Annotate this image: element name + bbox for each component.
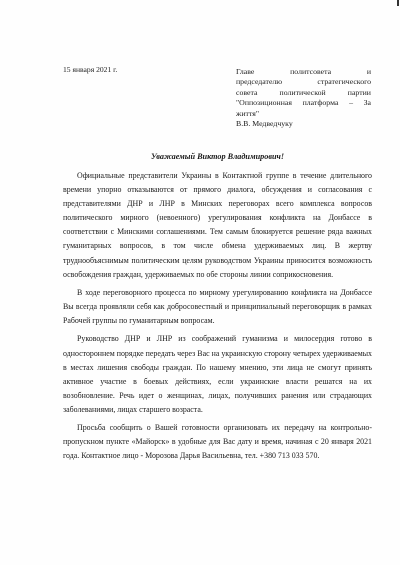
scan-edge-mark — [397, 0, 399, 6]
paragraph: Руководство ДНР и ЛНР из соображений гум… — [63, 332, 372, 417]
paragraph: Просьба сообщить о Вашей готовности орга… — [63, 421, 372, 463]
letter-body: Официальные представители Украины в Конт… — [63, 169, 372, 468]
addressee-line: "Оппозиционная платформа – За — [236, 98, 371, 108]
letter-page: 15 января 2021 г. Главе политсовета и пр… — [0, 0, 400, 565]
letter-date: 15 января 2021 г. — [63, 65, 117, 75]
paragraph: В ходе переговорного процесса по мирному… — [63, 286, 372, 328]
addressee-block: Главе политсовета и председателю стратег… — [236, 67, 371, 129]
paragraph: Официальные представители Украины в Конт… — [63, 169, 372, 282]
addressee-line: совета политической партии — [236, 88, 371, 98]
salutation: Уважаемый Виктор Владимирович! — [63, 152, 372, 162]
addressee-line: життя" — [236, 109, 371, 119]
addressee-line: председателю стратегического — [236, 77, 371, 87]
addressee-line: Главе политсовета и — [236, 67, 371, 77]
addressee-name: В.В. Медведчуку — [236, 119, 371, 129]
